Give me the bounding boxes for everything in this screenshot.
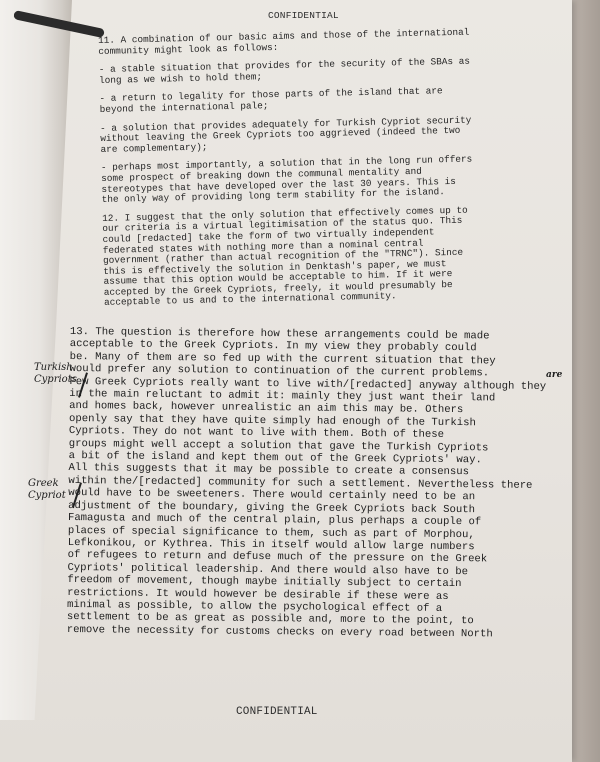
bullet-item: - a solution that provides adequately fo… bbox=[100, 114, 541, 156]
document-body-bottom: 13. The question is therefore how these … bbox=[67, 326, 550, 641]
handwritten-note-turkish-cypriots: Turkish Cypriots bbox=[34, 362, 77, 386]
handwritten-note-greek-cypriot: Greek Cypriot bbox=[28, 478, 66, 502]
classification-header: CONFIDENTIAL bbox=[268, 10, 339, 21]
curled-page-edge bbox=[0, 0, 72, 720]
classification-footer: CONFIDENTIAL bbox=[236, 706, 318, 718]
document-body-top: 11. A combination of our basic aims and … bbox=[98, 26, 544, 317]
document-page: CONFIDENTIAL 11. A combination of our ba… bbox=[0, 0, 572, 762]
paragraph-13: 13. The question is therefore how these … bbox=[67, 326, 550, 641]
bullet-item: - a return to legality for those parts o… bbox=[99, 84, 539, 115]
bullet-item: - a stable situation that provides for t… bbox=[99, 55, 539, 86]
paragraph-11-intro: 11. A combination of our basic aims and … bbox=[98, 26, 538, 57]
bullet-item: - perhaps most importantly, a solution t… bbox=[101, 153, 542, 205]
paragraph-12: 12. I suggest that the only solution tha… bbox=[102, 204, 544, 309]
handwritten-note-are: are bbox=[546, 369, 562, 381]
